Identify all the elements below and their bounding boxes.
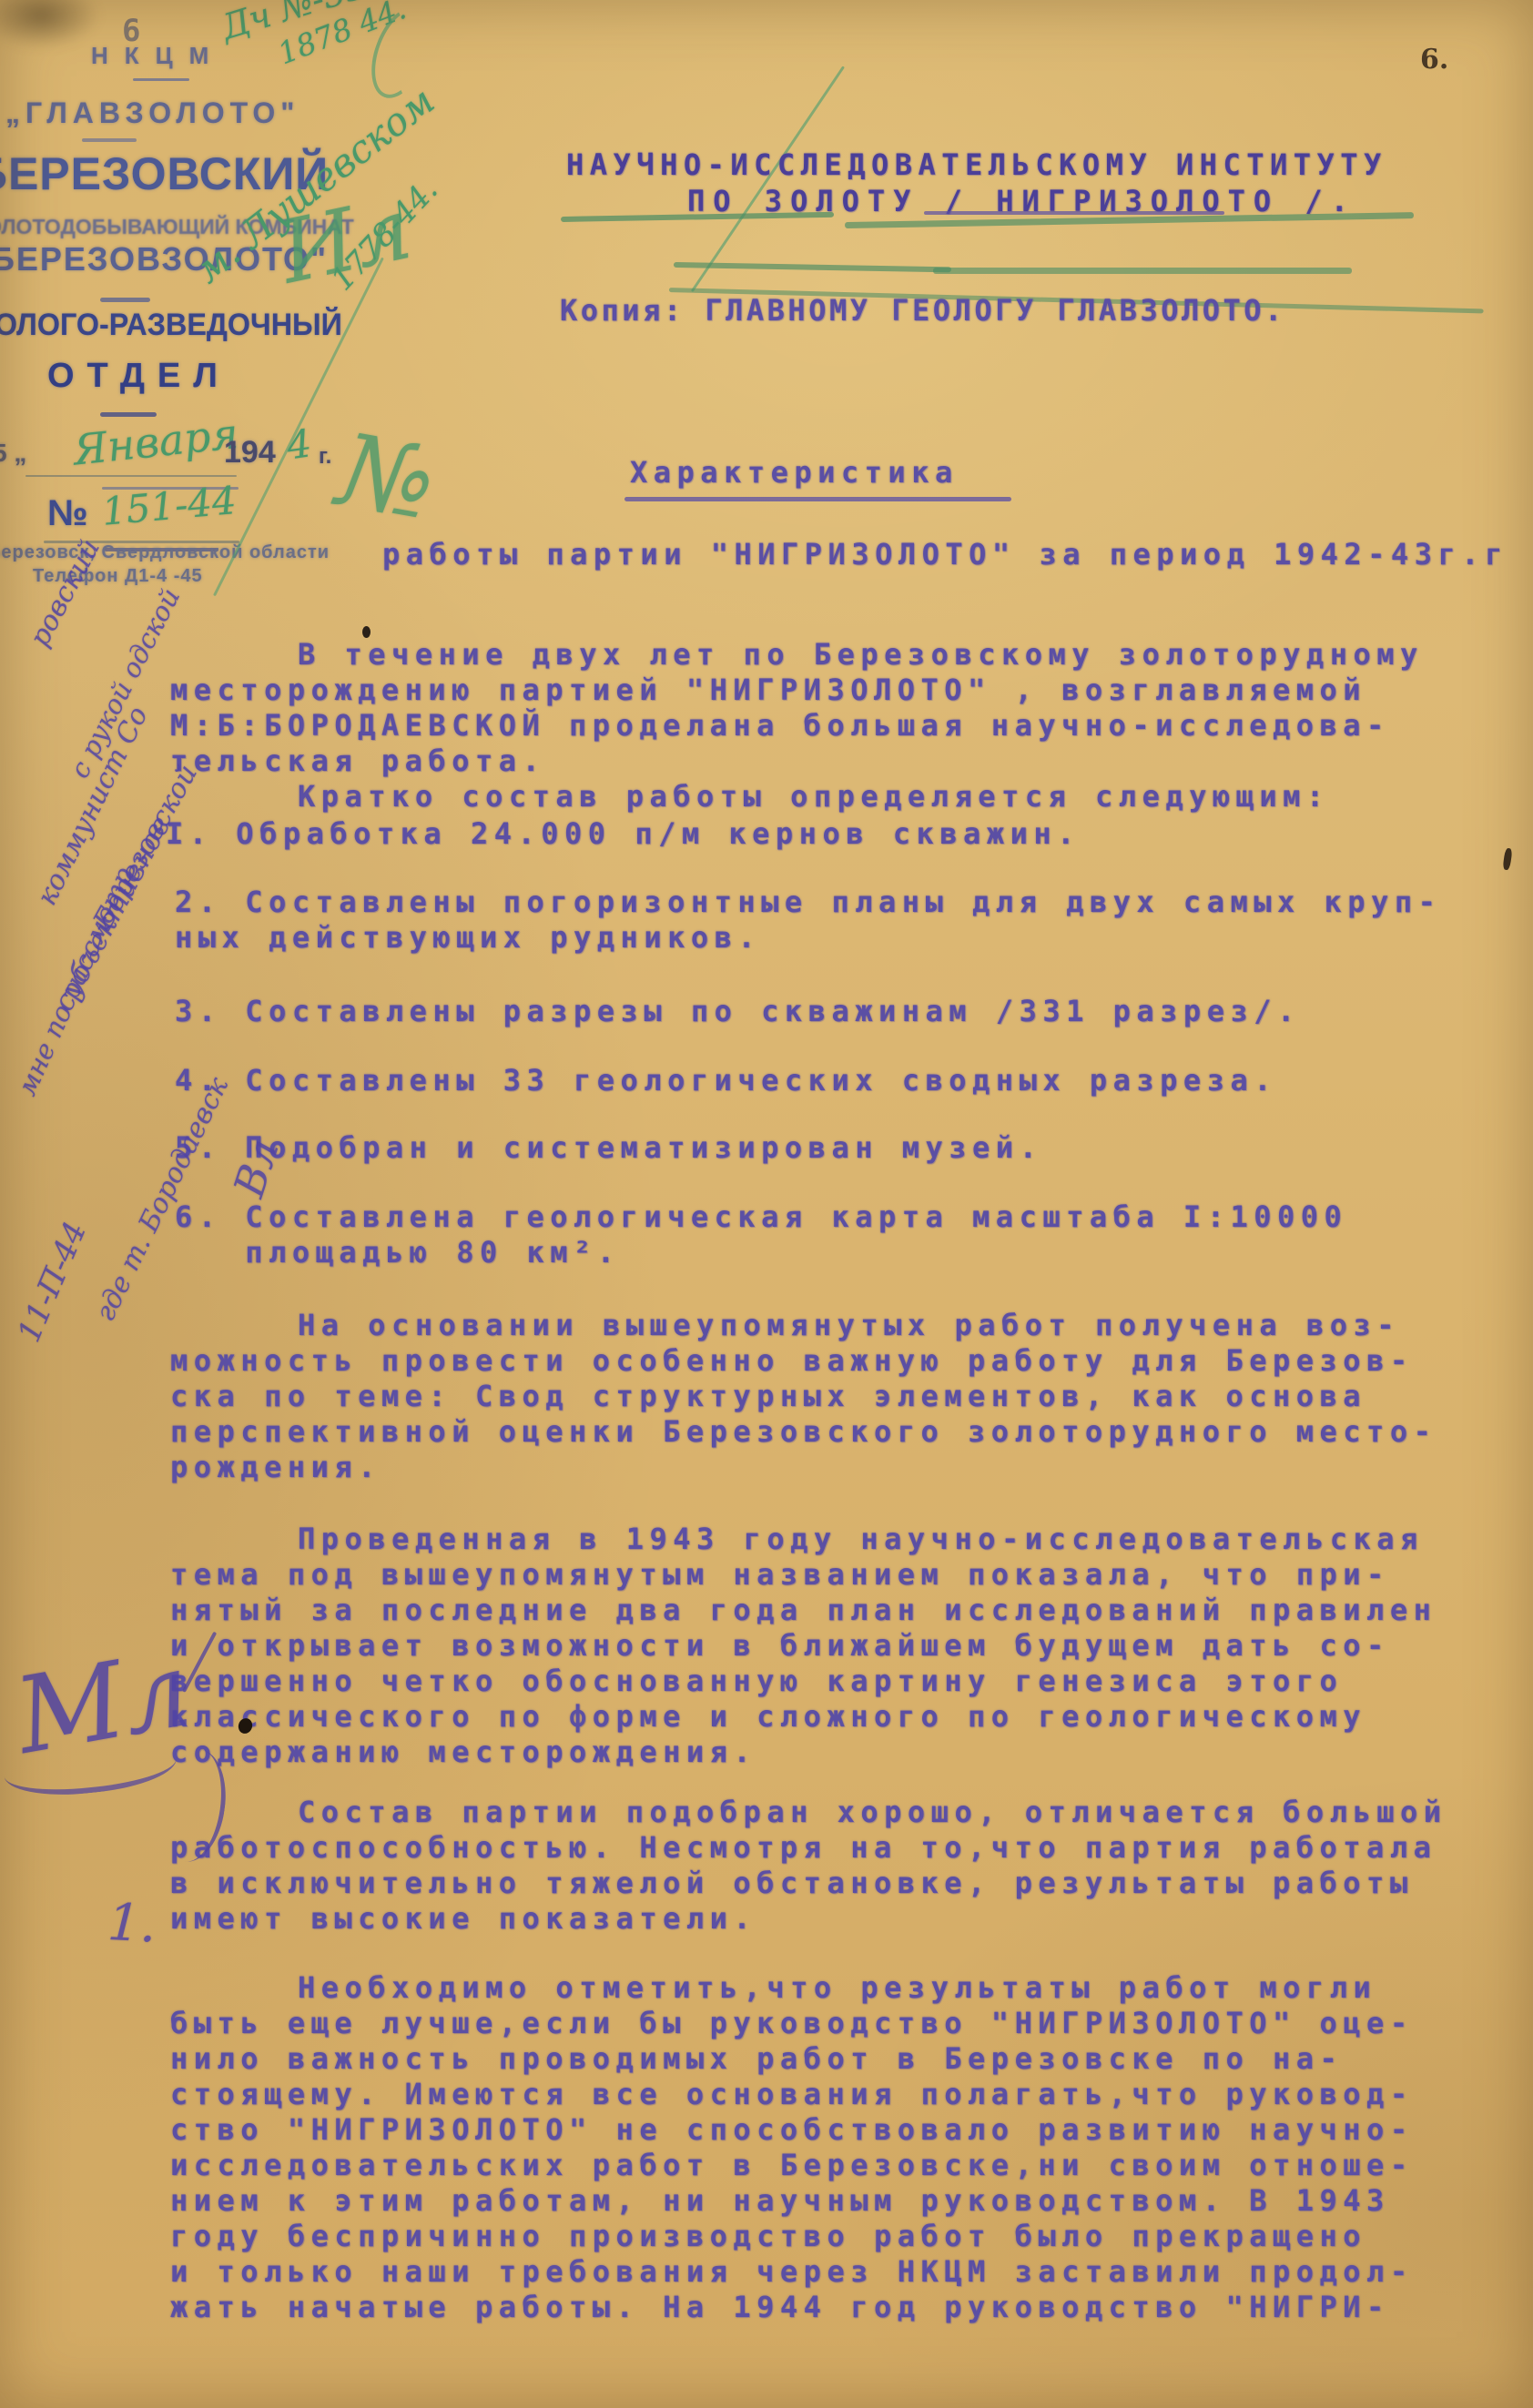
ink-speck <box>362 626 371 638</box>
list-item: 2. Составлены погоризонтные планы для дв… <box>175 885 1531 956</box>
margin-note-purple: 11-П-44 <box>11 1217 94 1348</box>
letterhead-dept-line2: ОТДЕЛ <box>47 357 230 396</box>
paragraph-neobkhodimo: Необходимо отметить,что результаты работ… <box>170 1970 1518 2325</box>
page-number: 6. <box>1420 44 1448 76</box>
list-item: I. Обработка 24.000 п/м кернов скважин. <box>166 816 1522 852</box>
letterhead-underline <box>100 412 157 417</box>
paragraph-osnovanie: На основании вышеупомянутых работ получе… <box>170 1308 1518 1485</box>
letterhead-address: Березовск, Свердловской области <box>0 542 330 563</box>
letterhead-underline <box>133 78 189 81</box>
document-title: Характеристика <box>630 455 959 491</box>
copy-line: Копия: ГЛАВНОМУ ГЕОЛОГУ ГЛАВЗОЛОТО. <box>560 293 1285 329</box>
letterhead-date-year: 194 <box>224 435 276 470</box>
letterhead-date-day: 5 „ <box>0 439 26 468</box>
document-subtitle: работы партии "НИГРИЗОЛОТО" за период 19… <box>382 537 1508 572</box>
addressee-line1: НАУЧНО-ИССЛЕДОВАТЕЛЬСКОМУ ИНСТИТУТУ <box>566 147 1387 183</box>
letterhead-date-line <box>25 475 237 477</box>
letterhead-date-g: г. <box>319 444 331 470</box>
green-underline-stroke <box>674 262 951 272</box>
letterhead-org-nkcm: НКЦМ <box>91 42 225 70</box>
list-item: 6. Составлена геологическая карта масшта… <box>175 1199 1531 1270</box>
paragraph-sostav: Состав партии подобран хорошо, отличаетс… <box>170 1795 1518 1937</box>
letterhead-date-month-handwritten: Января <box>71 409 240 475</box>
document-page: 6 6. НКЦМ „ГЛАВЗОЛОТО" БЕРЕЗОВСКИЙ ЗОЛОТ… <box>0 0 1533 2408</box>
margin-mark-purple: 1. <box>107 1893 158 1955</box>
letterhead-no-big-handwritten: № <box>330 411 444 542</box>
list-item: 4. Составлены 33 геологических сводных р… <box>175 1063 1531 1098</box>
list-item: 3. Составлены разрезы по скважинам /331 … <box>175 994 1531 1029</box>
paragraph-intro: В течение двух лет по Березовскому золот… <box>170 637 1518 779</box>
letterhead-underline <box>82 138 137 142</box>
list-item: 5. Подобран и систематизирован музей. <box>175 1130 1531 1166</box>
margin-note-purple: мне по рассмотр <box>11 863 139 1100</box>
letterhead-org-berezovzoloto: „БЕРЕЗОВЗОЛОТО" <box>0 240 328 278</box>
paragraph-provedennaya: Проведенная в 1943 году научно-исследова… <box>170 1522 1518 1770</box>
letterhead-underline <box>100 298 150 302</box>
letterhead-dept-line1: ГЕОЛОГО-РАЗВЕДОЧНЫЙ <box>0 308 342 343</box>
title-underline <box>624 497 1011 501</box>
green-underline-stroke <box>561 212 834 222</box>
letterhead-no-sign: № <box>47 493 88 534</box>
letterhead-org-glavzoloto: „ГЛАВЗОЛОТО" <box>5 96 299 130</box>
scan-corner-shadow <box>0 0 100 49</box>
paragraph-brief: Кратко состав работы определяется следую… <box>170 779 1518 814</box>
green-underline-stroke <box>933 268 1352 274</box>
typed-underline <box>924 211 1224 215</box>
